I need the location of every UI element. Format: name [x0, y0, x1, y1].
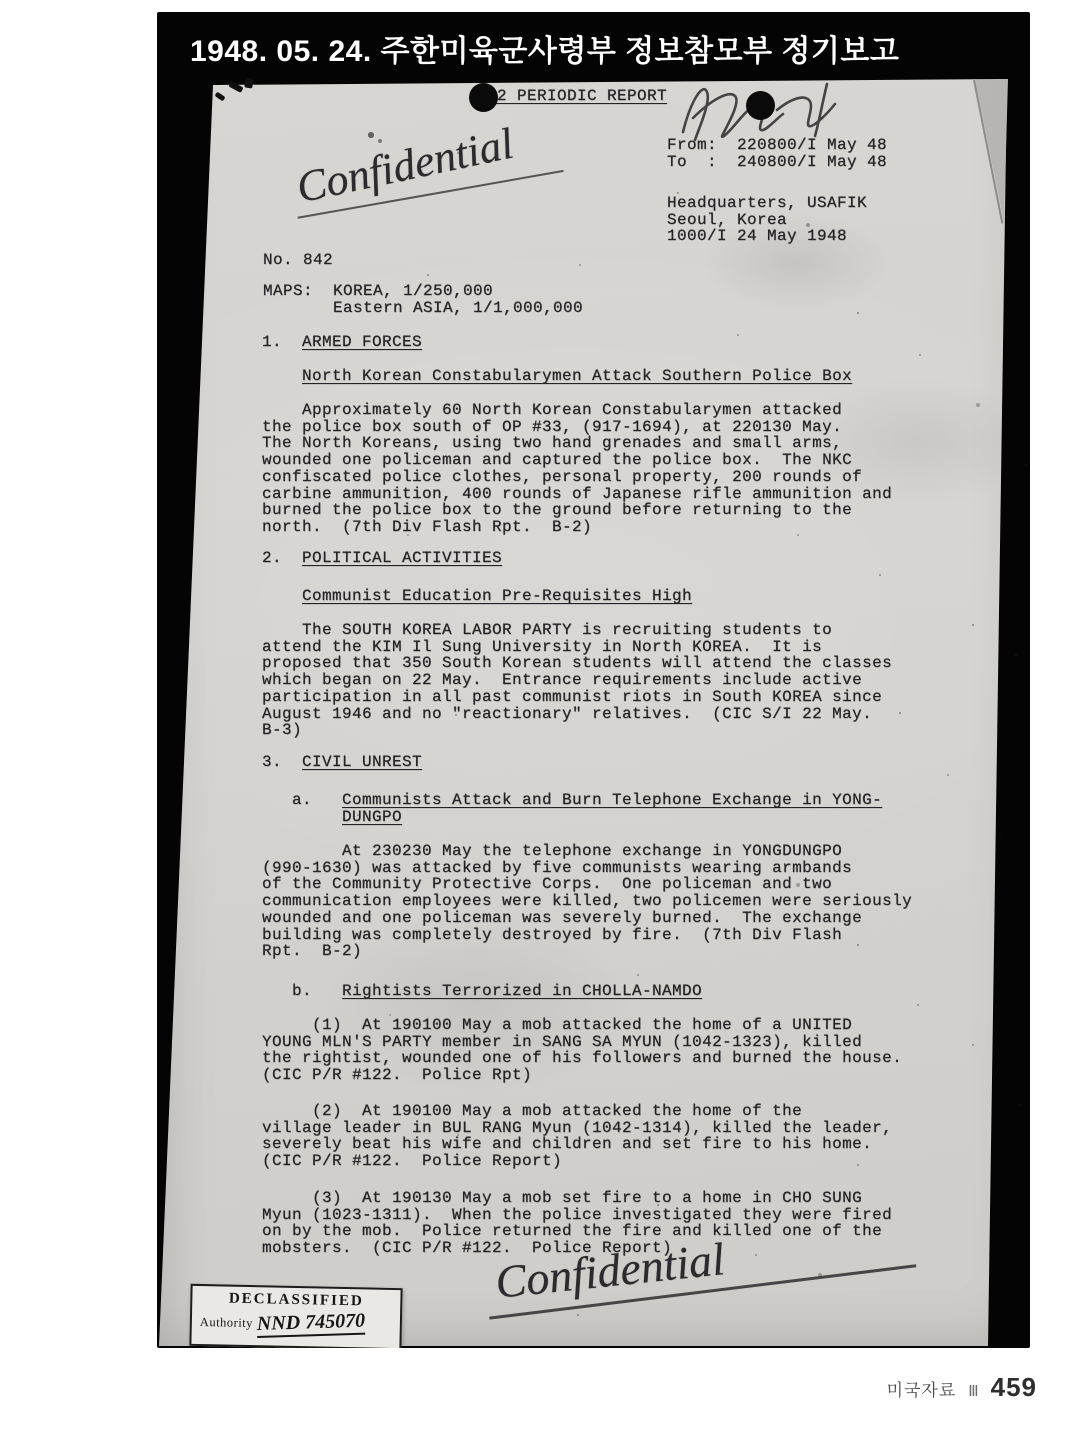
hole-punch-mark	[469, 83, 498, 112]
stamp-authority-label: Authority	[200, 1315, 253, 1331]
footer-page-number: 459	[991, 1372, 1037, 1403]
section-3a-heading-line1: a.Communists Attack and Burn Telephone E…	[292, 792, 882, 809]
section-3-heading: 3.CIVIL UNREST	[262, 754, 422, 771]
report-number: No. 842	[263, 252, 333, 269]
report-title: G-2 PERIODIC REPORT	[477, 88, 667, 105]
section-3a-paragraph: At 230230 May the telephone exchange in …	[262, 843, 912, 960]
page-header-title: 1948. 05. 24. 주한미육군사령부 정보참모부 정기보고	[190, 26, 1010, 78]
declassified-stamp: DECLASSIFIED Authority NND 745070	[189, 1284, 402, 1348]
hole-punch-mark	[746, 91, 775, 120]
section-1-heading: 1.ARMED FORCES	[262, 334, 422, 351]
report-issuer: Headquarters, USAFIK Seoul, Korea 1000/I…	[667, 195, 867, 245]
report-period: From: 220800/I May 48 To : 240800/I May …	[667, 137, 887, 170]
stamp-declassified-text: DECLASSIFIED	[192, 1290, 400, 1311]
paper-ink-specks	[157, 12, 159, 14]
section-1-subheading: North Korean Constabularymen Attack Sout…	[302, 368, 852, 385]
section-3b-item-2: (2) At 190100 May a mob attacked the hom…	[262, 1103, 892, 1170]
section-2-heading: 2.POLITICAL ACTIVITIES	[262, 550, 502, 567]
section-1-paragraph: Approximately 60 North Korean Constabula…	[262, 402, 892, 536]
stamp-authority-number: NND 745070	[257, 1310, 366, 1338]
footer-series-label: 미국자료	[887, 1376, 957, 1401]
book-footer: 미국자료 Ⅲ 459	[887, 1372, 1037, 1403]
section-3b-item-1: (1) At 190100 May a mob attacked the hom…	[262, 1017, 902, 1084]
section-2-subheading: Communist Education Pre-Requisites High	[302, 588, 692, 605]
footer-volume-numeral: Ⅲ	[968, 1382, 978, 1400]
section-2-paragraph: The SOUTH KOREA LABOR PARTY is recruitin…	[262, 622, 892, 739]
scanned-document-photo: 1948. 05. 24. 주한미육군사령부 정보참모부 정기보고 G-2 PE…	[157, 12, 1030, 1348]
maps-reference: MAPS: KOREA, 1/250,000 Eastern ASIA, 1/1…	[263, 283, 583, 316]
section-3b-heading: b.Rightists Terrorized in CHOLLA-NAMDO	[292, 983, 702, 1000]
section-3a-heading-line2: DUNGPO	[342, 809, 402, 826]
